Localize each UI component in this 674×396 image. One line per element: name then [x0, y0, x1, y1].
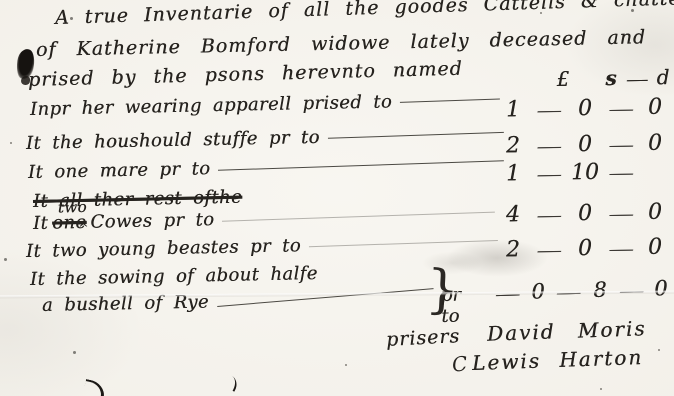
leader-line	[222, 212, 494, 222]
title-line-3: prised by the psons herevnto named	[28, 58, 463, 91]
ink-speck	[70, 17, 73, 20]
insertion-caret: ^	[78, 221, 89, 235]
ink-speck	[658, 349, 660, 351]
inventory-row-houshould: It the houshould stuffe pr to	[26, 123, 504, 154]
dash: —	[517, 101, 582, 120]
dash: —	[614, 70, 659, 89]
inventory-row-sowing-line2: a bushell of Rye	[42, 287, 434, 316]
dash: —	[517, 206, 582, 225]
row-item-text: Cowes pr to	[90, 209, 214, 233]
row-item-text: Inpr her wearing apparell prised to	[30, 91, 393, 120]
row-item-text: It the houshould stuffe pr to	[26, 127, 320, 154]
inventory-row-sowing-line1: It the sowing of about halfe	[30, 263, 318, 290]
ink-speck	[73, 351, 76, 354]
dash: —	[589, 164, 654, 183]
dash: —	[517, 241, 582, 260]
pounds-symbol: £	[548, 67, 578, 92]
correction: one two ^	[52, 212, 87, 234]
inventory-row-mare: It one mare pr to	[28, 152, 504, 183]
amount-group: 1 — 0 — 0	[496, 94, 670, 122]
amount-group: 1 — 10 —	[496, 158, 670, 186]
dash: —	[517, 165, 582, 184]
dash: —	[589, 240, 654, 259]
ink-speck	[345, 364, 347, 366]
signature-name: David Moris	[487, 316, 647, 346]
dash: —	[589, 205, 654, 224]
leader-line	[218, 160, 504, 170]
row-item-prefix: It	[33, 213, 49, 234]
dash: —	[589, 100, 654, 119]
inserted-word: two	[58, 198, 87, 217]
letter-fragment	[82, 379, 106, 396]
manuscript-page: A true Inventarie of all the goodes Catt…	[0, 0, 674, 396]
row-item-text: It the sowing of about halfe	[30, 263, 318, 290]
ink-speck	[631, 9, 634, 12]
dash: —	[517, 137, 582, 156]
currency-header: £ s — d	[548, 65, 674, 91]
dash: —	[589, 136, 654, 155]
ink-speck	[4, 258, 7, 261]
amount-group: 2 — 0 — 0	[496, 130, 670, 158]
letter-fragment	[225, 375, 241, 392]
title-line-2: of Katherine Bomford widowe lately decea…	[36, 26, 646, 61]
inventory-row-beastes: It two young beastes pr to	[26, 231, 498, 262]
leader-line	[328, 132, 504, 139]
inventory-row-apparell: Inpr her wearing apparell prised to	[30, 89, 500, 120]
ink-speck	[600, 388, 602, 390]
row-item-text: It one mare pr to	[28, 158, 211, 183]
ink-speck	[540, 12, 542, 14]
ink-blot	[21, 76, 30, 85]
ink-speck	[10, 142, 12, 144]
signature-name: Lewis Harton	[472, 345, 644, 375]
title-line-1: A true Inventarie of all the goodes Catt…	[55, 0, 674, 29]
leader-line	[309, 240, 498, 247]
row-item-text: It two young beastes pr to	[26, 235, 301, 262]
signature-flourish: C	[451, 351, 469, 376]
amount-group: 2 — 0 — 0	[496, 234, 670, 262]
signature-label: prisers	[385, 325, 460, 351]
amount-group: 4 — 0 — 0	[496, 199, 670, 227]
leader-line	[400, 99, 500, 103]
leader-line	[217, 288, 433, 307]
